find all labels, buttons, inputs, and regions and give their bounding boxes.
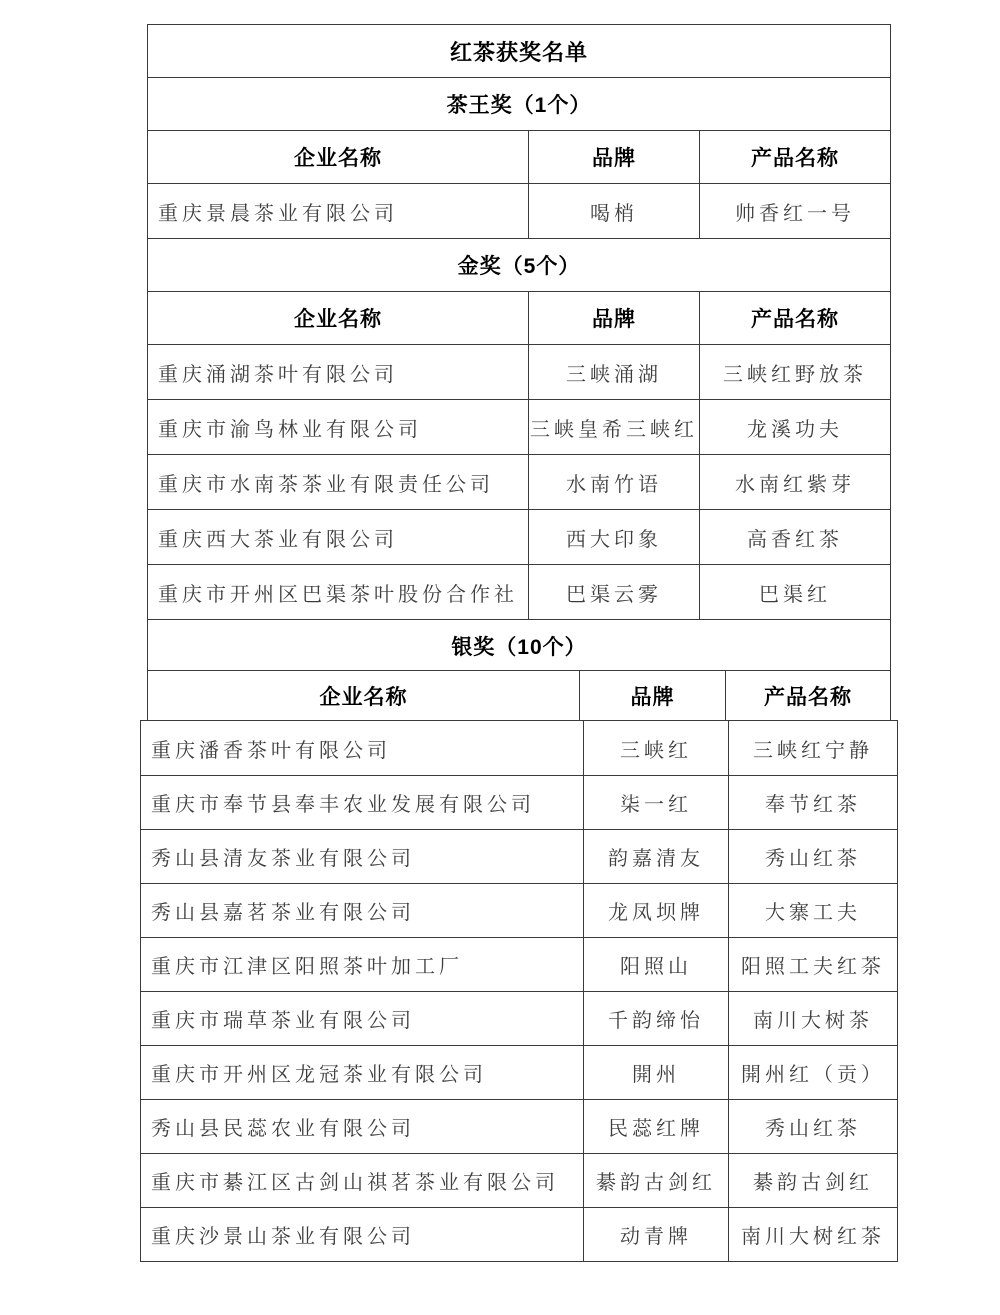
tea-king-header-row: 企业名称 品牌 产品名称 xyxy=(148,130,890,183)
product-cell: 龙溪功夫 xyxy=(699,400,890,454)
award-table-silver-header: 企业名称 品牌 产品名称 xyxy=(147,670,891,721)
table-row: 重庆景晨茶业有限公司 喝梢 帅香红一号 xyxy=(148,183,890,238)
company-cell: 重庆景晨茶业有限公司 xyxy=(148,184,528,238)
brand-cell: 民蕊红牌 xyxy=(583,1100,728,1153)
table-row: 重庆市开州区龙冠茶业有限公司 開州 開州红（贡） xyxy=(141,1045,897,1099)
product-cell: 三峡红野放茶 xyxy=(699,345,890,399)
silver-header-row: 企业名称 品牌 产品名称 xyxy=(148,671,890,720)
product-cell: 秀山红茶 xyxy=(728,830,897,883)
company-cell: 重庆市奉节县奉丰农业发展有限公司 xyxy=(141,776,583,829)
company-cell: 秀山县嘉茗茶业有限公司 xyxy=(141,884,583,937)
table-row: 重庆市开州区巴渠茶叶股份合作社 巴渠云雾 巴渠红 xyxy=(148,564,890,619)
col-header-product: 产品名称 xyxy=(725,671,890,720)
brand-cell: 三峡皇希三峡红 xyxy=(528,400,699,454)
brand-cell: 龙凤坝牌 xyxy=(583,884,728,937)
col-header-company: 企业名称 xyxy=(148,292,528,344)
brand-cell: 阳照山 xyxy=(583,938,728,991)
col-header-company: 企业名称 xyxy=(148,131,528,183)
product-cell: 水南红紫芽 xyxy=(699,455,890,509)
gold-header-row: 企业名称 品牌 产品名称 xyxy=(148,291,890,344)
product-cell: 阳照工夫红茶 xyxy=(728,938,897,991)
section-row-gold: 金奖（5个） xyxy=(148,238,890,291)
company-cell: 重庆市江津区阳照茶叶加工厂 xyxy=(141,938,583,991)
company-cell: 重庆潘香茶叶有限公司 xyxy=(141,721,583,775)
product-cell: 綦韵古剑红 xyxy=(728,1154,897,1207)
brand-cell: 西大印象 xyxy=(528,510,699,564)
product-cell: 南川大树茶 xyxy=(728,992,897,1045)
col-header-brand: 品牌 xyxy=(528,292,699,344)
company-cell: 重庆市水南茶茶业有限责任公司 xyxy=(148,455,528,509)
section-row-tea-king: 茶王奖（1个） xyxy=(148,77,890,130)
brand-cell: 水南竹语 xyxy=(528,455,699,509)
table-row: 重庆市江津区阳照茶叶加工厂 阳照山 阳照工夫红茶 xyxy=(141,937,897,991)
company-cell: 重庆涌湖茶叶有限公司 xyxy=(148,345,528,399)
table-title-row: 红茶获奖名单 xyxy=(148,25,890,77)
table-title: 红茶获奖名单 xyxy=(450,36,588,67)
product-cell: 三峡红宁静 xyxy=(728,721,897,775)
table-row: 重庆市水南茶茶业有限责任公司 水南竹语 水南红紫芽 xyxy=(148,454,890,509)
section-label-tea-king: 茶王奖（1个） xyxy=(447,89,592,119)
company-cell: 重庆市开州区巴渠茶叶股份合作社 xyxy=(148,565,528,619)
document-page: 红茶获奖名单 茶王奖（1个） 企业名称 品牌 产品名称 重庆景晨茶业有限公司 喝… xyxy=(0,0,1000,1315)
award-table-main: 红茶获奖名单 茶王奖（1个） 企业名称 品牌 产品名称 重庆景晨茶业有限公司 喝… xyxy=(147,24,891,673)
product-cell: 奉节红茶 xyxy=(728,776,897,829)
table-row: 重庆西大茶业有限公司 西大印象 高香红茶 xyxy=(148,509,890,564)
company-cell: 重庆市瑞草茶业有限公司 xyxy=(141,992,583,1045)
brand-cell: 綦韵古剑红 xyxy=(583,1154,728,1207)
product-cell: 開州红（贡） xyxy=(728,1046,897,1099)
company-cell: 重庆西大茶业有限公司 xyxy=(148,510,528,564)
table-row: 秀山县嘉茗茶业有限公司 龙凤坝牌 大寨工夫 xyxy=(141,883,897,937)
col-header-company: 企业名称 xyxy=(148,671,579,720)
brand-cell: 千韵缔怡 xyxy=(583,992,728,1045)
brand-cell: 三峡红 xyxy=(583,721,728,775)
product-cell: 南川大树红茶 xyxy=(728,1208,897,1261)
table-row: 重庆涌湖茶叶有限公司 三峡涌湖 三峡红野放茶 xyxy=(148,344,890,399)
company-cell: 重庆沙景山茶业有限公司 xyxy=(141,1208,583,1261)
table-row: 重庆市瑞草茶业有限公司 千韵缔怡 南川大树茶 xyxy=(141,991,897,1045)
section-row-silver: 银奖（10个） xyxy=(148,619,890,672)
col-header-brand: 品牌 xyxy=(528,131,699,183)
table-row: 秀山县民蕊农业有限公司 民蕊红牌 秀山红茶 xyxy=(141,1099,897,1153)
table-row: 秀山县清友茶业有限公司 韵嘉清友 秀山红茶 xyxy=(141,829,897,883)
brand-cell: 巴渠云雾 xyxy=(528,565,699,619)
brand-cell: 開州 xyxy=(583,1046,728,1099)
company-cell: 秀山县清友茶业有限公司 xyxy=(141,830,583,883)
brand-cell: 柒一红 xyxy=(583,776,728,829)
table-row: 重庆市奉节县奉丰农业发展有限公司 柒一红 奉节红茶 xyxy=(141,775,897,829)
table-row: 重庆潘香茶叶有限公司 三峡红 三峡红宁静 xyxy=(141,721,897,775)
product-cell: 高香红茶 xyxy=(699,510,890,564)
company-cell: 重庆市开州区龙冠茶业有限公司 xyxy=(141,1046,583,1099)
product-cell: 秀山红茶 xyxy=(728,1100,897,1153)
brand-cell: 韵嘉清友 xyxy=(583,830,728,883)
company-cell: 重庆市渝鸟林业有限公司 xyxy=(148,400,528,454)
section-label-gold: 金奖（5个） xyxy=(458,250,581,280)
brand-cell: 三峡涌湖 xyxy=(528,345,699,399)
col-header-product: 产品名称 xyxy=(699,292,890,344)
section-label-silver: 银奖（10个） xyxy=(451,631,586,661)
col-header-brand: 品牌 xyxy=(579,671,725,720)
table-row: 重庆沙景山茶业有限公司 动青牌 南川大树红茶 xyxy=(141,1207,897,1261)
table-row: 重庆市渝鸟林业有限公司 三峡皇希三峡红 龙溪功夫 xyxy=(148,399,890,454)
brand-cell: 喝梢 xyxy=(528,184,699,238)
product-cell: 巴渠红 xyxy=(699,565,890,619)
company-cell: 重庆市綦江区古剑山祺茗茶业有限公司 xyxy=(141,1154,583,1207)
company-cell: 秀山县民蕊农业有限公司 xyxy=(141,1100,583,1153)
award-table-silver-body: 重庆潘香茶叶有限公司 三峡红 三峡红宁静 重庆市奉节县奉丰农业发展有限公司 柒一… xyxy=(140,720,898,1262)
table-row: 重庆市綦江区古剑山祺茗茶业有限公司 綦韵古剑红 綦韵古剑红 xyxy=(141,1153,897,1207)
col-header-product: 产品名称 xyxy=(699,131,890,183)
product-cell: 帅香红一号 xyxy=(699,184,890,238)
brand-cell: 动青牌 xyxy=(583,1208,728,1261)
product-cell: 大寨工夫 xyxy=(728,884,897,937)
